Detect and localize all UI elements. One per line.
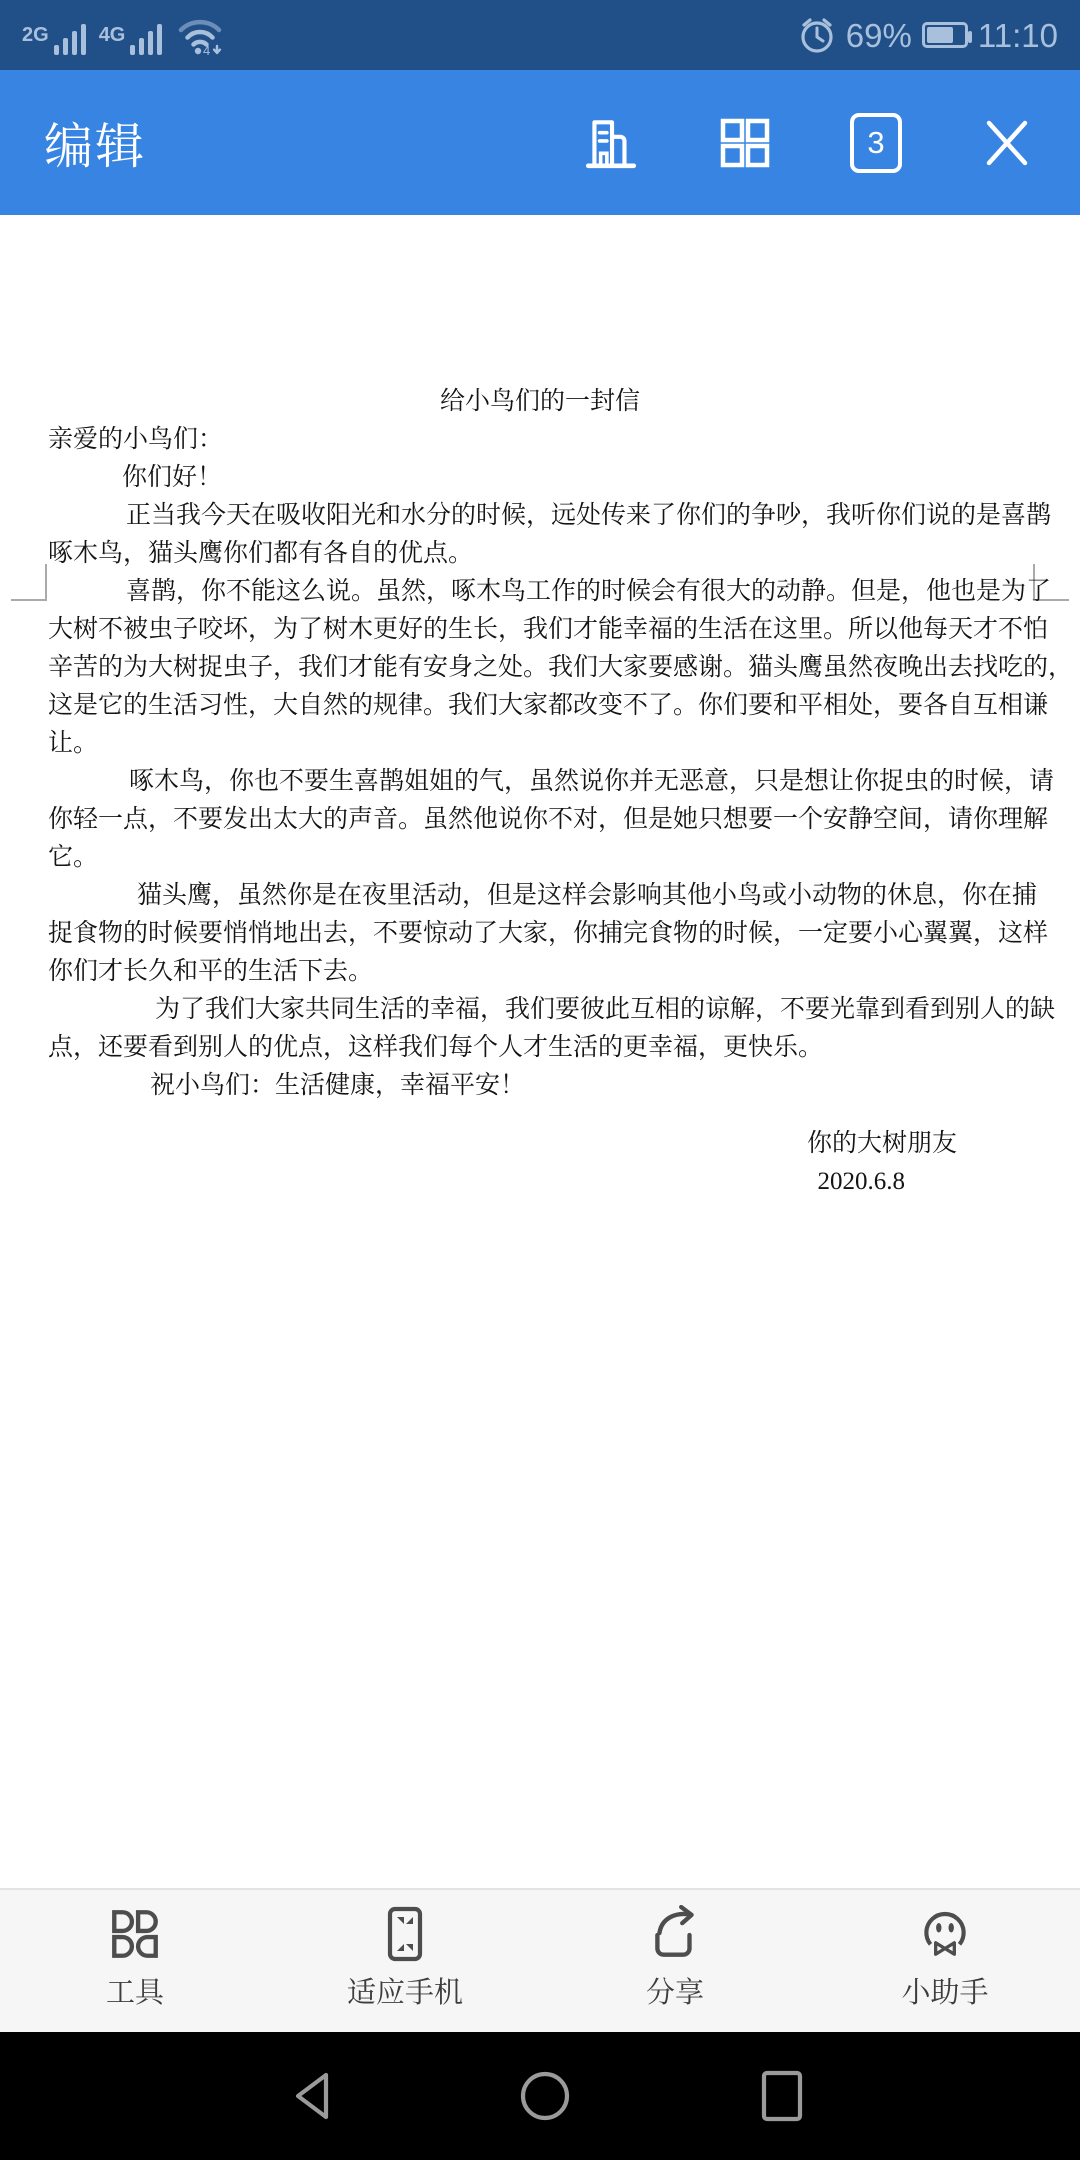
status-bar-right: 69% 11:10: [796, 14, 1058, 56]
app-bar-actions: 3: [582, 112, 1036, 174]
share-button[interactable]: 分享: [540, 1890, 810, 2032]
tools-label: 工具: [106, 1970, 164, 2011]
back-icon[interactable]: [290, 2070, 334, 2122]
document-body: 亲爱的小鸟们： 你们好！ 正当我今天在吸收阳光和水分的时候，远处传来了你们的争吵…: [48, 421, 1032, 1105]
share-label: 分享: [646, 1970, 704, 2011]
android-nav-bar: [0, 2032, 1080, 2160]
signature-line: 你的大树朋友: [48, 1125, 1032, 1163]
assistant-label: 小助手: [901, 1970, 988, 2011]
document-page[interactable]: 给小鸟们的一封信 亲爱的小鸟们： 你们好！ 正当我今天在吸收阳光和水分的时候，远…: [0, 215, 1080, 1888]
battery-percent: 69%: [846, 19, 912, 52]
edit-mode-button[interactable]: 编辑: [44, 108, 146, 178]
building-icon: [582, 114, 640, 172]
document-line: 喜鹊，你不能这么说。虽然，啄木鸟工作的时候会有很大的动静。但是，他也是为了: [48, 573, 1032, 611]
network-4g-label: 4G: [99, 25, 126, 45]
app-bar: 编辑 3: [0, 70, 1080, 215]
spacer: [48, 1105, 1032, 1125]
document-line: 啄木鸟，你也不要生喜鹊姐姐的气，虽然说你并无恶意，只是想让你捉虫的时候，请: [48, 763, 1032, 801]
document-line: 你们好！: [48, 459, 1032, 497]
battery-fill: [927, 27, 953, 43]
home-icon[interactable]: [519, 2070, 571, 2122]
fit-to-phone-icon: [377, 1905, 433, 1963]
status-bar: 2G 4G: [0, 0, 1080, 70]
screen: 2G 4G: [0, 0, 1080, 2160]
document-line: 你轻一点，不要发出太大的声音。虽然他说你不对，但是她只想要一个安静空间，请你理解: [48, 801, 1032, 839]
fit-to-phone-button[interactable]: 适应手机: [270, 1890, 540, 2032]
assistant-button[interactable]: 小助手: [810, 1890, 1080, 2032]
signal-bars-icon: [127, 13, 165, 57]
svg-text:4: 4: [203, 43, 210, 57]
close-button[interactable]: [978, 112, 1036, 174]
document-line: 辛苦的为大树捉虫子，我们才能有安身之处。我们大家要感谢。猫头鹰虽然夜晚出去找吃的…: [48, 649, 1032, 687]
recents-icon[interactable]: [761, 2070, 803, 2122]
document-line: 让。: [48, 725, 1032, 763]
document-line: 正当我今天在吸收阳光和水分的时候，远处传来了你们的争吵，我听你们说的是喜鹊: [48, 497, 1032, 535]
battery-icon: [922, 22, 968, 48]
document-line: 点，还要看到别人的优点，这样我们每个人才生活的更幸福，更快乐。: [48, 1029, 1032, 1067]
document-line: 这是它的生活习性，大自然的规律。我们大家都改变不了。你们要和平相处，要各自互相谦: [48, 687, 1032, 725]
network-2g-label: 2G: [22, 25, 49, 45]
document-line: 大树不被虫子咬坏，为了树木更好的生长，我们才能幸福的生活在这里。所以他每天才不怕: [48, 611, 1032, 649]
close-icon: [979, 115, 1035, 171]
file-manage-button[interactable]: [582, 112, 640, 174]
document-line: 亲爱的小鸟们：: [48, 421, 1032, 459]
document-line: 祝小鸟们：生活健康，幸福平安！: [48, 1067, 1032, 1105]
document-line: 为了我们大家共同生活的幸福，我们要彼此互相的谅解，不要光靠到看到别人的缺: [48, 991, 1032, 1029]
fit-to-phone-label: 适应手机: [347, 1970, 463, 2011]
tools-grid-icon: [106, 1905, 164, 1963]
date-line: 2020.6.8: [48, 1163, 1032, 1201]
battery-nub: [968, 31, 972, 43]
signal-2g: 2G: [22, 13, 89, 57]
tools-button[interactable]: 工具: [0, 1890, 270, 2032]
tools-panel-button[interactable]: [716, 112, 774, 174]
document-line: 捉食物的时候要悄悄地出去，不要惊动了大家，你捕完食物的时候，一定要小心翼翼，这样: [48, 915, 1032, 953]
document-line: 你们才长久和平的生活下去。: [48, 953, 1032, 991]
open-documents-count: 3: [867, 125, 884, 161]
signal-bars-icon: [51, 13, 89, 57]
grid-icon: [717, 115, 773, 171]
document-title: 给小鸟们的一封信: [48, 383, 1032, 421]
open-documents-button[interactable]: 3: [850, 113, 902, 173]
document-line: 啄木鸟，猫头鹰你们都有各自的优点。: [48, 535, 1032, 573]
assistant-icon: [916, 1905, 974, 1963]
clock-time: 11:10: [978, 19, 1058, 52]
wifi-icon: 4: [175, 13, 225, 57]
share-icon: [646, 1905, 704, 1963]
document-line: 它。: [48, 839, 1032, 877]
document-line: 猫头鹰，虽然你是在夜里活动，但是这样会影响其他小鸟或小动物的休息，你在捕: [48, 877, 1032, 915]
signal-4g: 4G: [99, 13, 166, 57]
alarm-clock-icon: [796, 14, 838, 56]
status-bar-left: 2G 4G: [22, 13, 225, 57]
bottom-toolbar: 工具 适应手机 分享: [0, 1888, 1080, 2032]
document-text: 给小鸟们的一封信 亲爱的小鸟们： 你们好！ 正当我今天在吸收阳光和水分的时候，远…: [0, 215, 1080, 1201]
